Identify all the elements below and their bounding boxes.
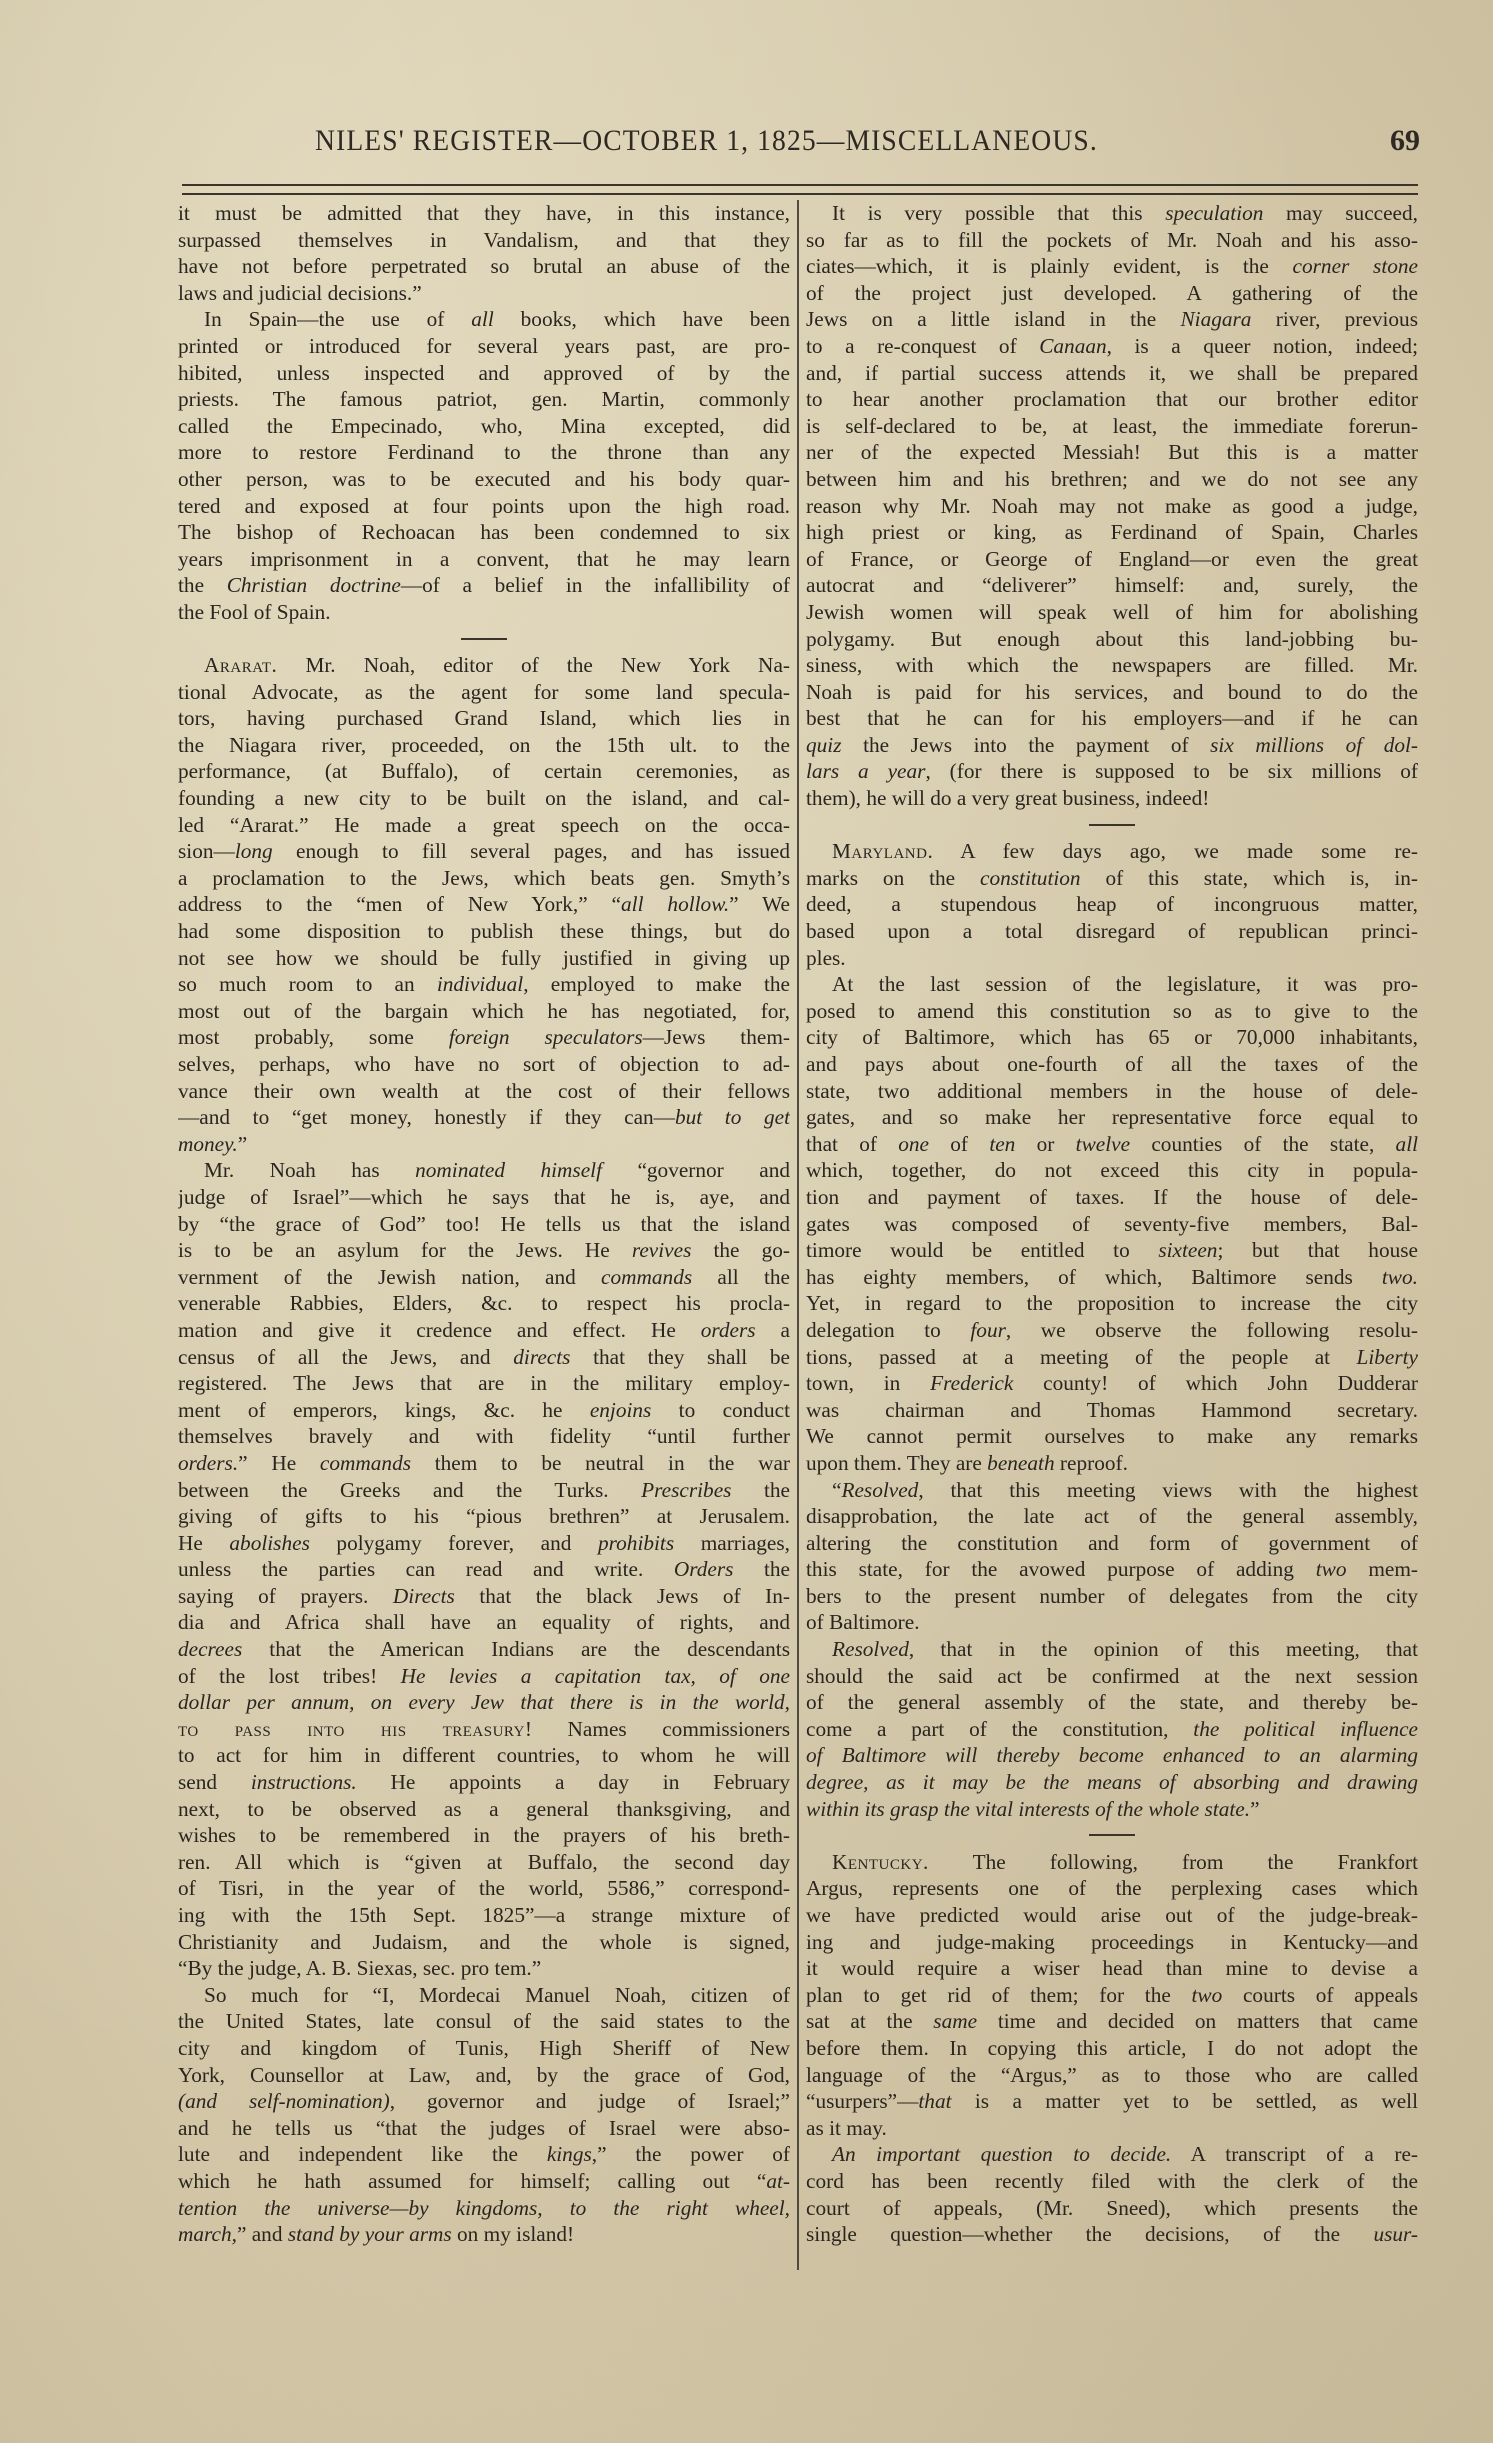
text-run: timore would be entitled to: [806, 1238, 1158, 1262]
text-run: that the black Jews of In-: [455, 1584, 790, 1608]
text-line: other person, was to be executed and his…: [178, 466, 790, 493]
text-run: —of a belief in the infallibility of: [401, 573, 790, 597]
italic-text: at-: [766, 2169, 790, 2193]
text-run: delegation to: [806, 1318, 970, 1342]
text-line: deed, a stupendous heap of incongruous m…: [806, 891, 1418, 918]
italic-text: Orders: [674, 1557, 734, 1581]
text-line: tention the universe—by kingdoms, to the…: [178, 2195, 790, 2222]
italic-text: An important question to decide.: [832, 2142, 1171, 2166]
text-run: based upon a total disregard of republic…: [806, 919, 1418, 943]
text-line: them), he will do a very great business,…: [806, 785, 1418, 812]
italic-text: prohibits: [598, 1531, 674, 1555]
text-run: city and kingdom of Tunis, High Sheriff …: [178, 2036, 790, 2060]
text-run: Noah is paid for his services, and bound…: [806, 680, 1418, 704]
text-line: quiz the Jews into the payment of six mi…: [806, 732, 1418, 759]
text-run: vance their own wealth at the cost of th…: [178, 1079, 790, 1103]
italic-text: six millions of dol-: [1210, 733, 1418, 757]
article-separator-rule: [178, 626, 790, 653]
text-run: cord has been recently filed with the cl…: [806, 2169, 1418, 2193]
text-run: of Baltimore.: [806, 1610, 920, 1634]
text-line: Noah is paid for his services, and bound…: [806, 679, 1418, 706]
text-line: language of the “Argus,” as to those who…: [806, 2062, 1418, 2089]
text-run: that of: [806, 1132, 898, 1156]
text-run: counties of the state,: [1130, 1132, 1395, 1156]
text-line: tered and exposed at four points upon th…: [178, 493, 790, 520]
text-line: ples.: [806, 945, 1418, 972]
text-run: bers to the present number of delegates …: [806, 1584, 1418, 1608]
text-run: the: [733, 1557, 790, 1581]
text-run: sat at the: [806, 2009, 933, 2033]
text-run: state, two additional members in the hou…: [806, 1079, 1418, 1103]
text-line: dia and Africa shall have an equality of…: [178, 1609, 790, 1636]
text-run: ; but that house: [1217, 1238, 1418, 1262]
text-line: Argus, represents one of the perplexing …: [806, 1875, 1418, 1902]
text-run: of the general assembly of the state, an…: [806, 1690, 1418, 1714]
text-line: polygamy. But enough about this land-job…: [806, 626, 1418, 653]
text-run: The bishop of Rechoacan has been condemn…: [178, 520, 790, 544]
text-run: reason why Mr. Noah may not make as good…: [806, 494, 1418, 518]
text-line: send instructions. He appoints a day in …: [178, 1769, 790, 1796]
text-line: called the Empecinado, who, Mina excepte…: [178, 413, 790, 440]
text-line: He abolishes polygamy forever, and prohi…: [178, 1530, 790, 1557]
italic-text: foreign speculators: [449, 1025, 643, 1049]
text-run: on my island!: [452, 2222, 574, 2246]
text-run: it would require a wiser head than mine …: [806, 1956, 1418, 1980]
text-run: between the Greeks and the Turks.: [178, 1478, 641, 1502]
text-line: as it may.: [806, 2115, 1418, 2142]
text-run: and he tells us “that the judges of Isra…: [178, 2116, 790, 2140]
italic-text: quiz: [806, 733, 842, 757]
text-run: the Jews into the payment of: [842, 733, 1211, 757]
text-run: of: [929, 1132, 989, 1156]
text-line: and pays about one-fourth of all the tax…: [806, 1051, 1418, 1078]
italic-text: Directs: [393, 1584, 455, 1608]
text-line: to act for him in different countries, t…: [178, 1742, 790, 1769]
text-line: giving of gifts to his “pious brethren” …: [178, 1503, 790, 1530]
text-line: have not before perpetrated so brutal an…: [178, 253, 790, 280]
text-run: tional Advocate, as the agent for some l…: [178, 680, 790, 704]
text-run: ciates—which, it is plainly evident, is …: [806, 254, 1293, 278]
text-line: At the last session of the legislature, …: [806, 971, 1418, 998]
text-run: we have predicted would arise out of the…: [806, 1903, 1418, 1927]
text-run: books, which have been: [494, 307, 790, 331]
text-run: Mr. Noah, editor of the New York Na-: [277, 653, 790, 677]
text-run: The following, from the Frankfort: [929, 1850, 1418, 1874]
text-run: should the said act be confirmed at the …: [806, 1664, 1418, 1688]
text-run: polygamy forever, and: [310, 1531, 598, 1555]
text-line: more to restore Ferdinand to the throne …: [178, 439, 790, 466]
text-run: has eighty members, of which, Baltimore …: [806, 1265, 1382, 1289]
text-run: the United States, late consul of the sa…: [178, 2009, 790, 2033]
text-run: In Spain—the use of: [204, 307, 471, 331]
text-line: it would require a wiser head than mine …: [806, 1955, 1418, 1982]
text-run: was chairman and Thomas Hammond secretar…: [806, 1398, 1418, 1422]
text-run: between him and his brethren; and we do …: [806, 467, 1418, 491]
text-line: tion and payment of taxes. If the house …: [806, 1184, 1418, 1211]
text-line: a proclamation to the Jews, which beats …: [178, 865, 790, 892]
italic-text: same: [933, 2009, 977, 2033]
text-line: Christianity and Judaism, and the whole …: [178, 1929, 790, 1956]
text-line: We cannot permit ourselves to make any r…: [806, 1423, 1418, 1450]
text-line: mation and give it credence and effect. …: [178, 1317, 790, 1344]
text-run: Mr. Noah has: [204, 1158, 415, 1182]
text-run: —Jews them-: [643, 1025, 790, 1049]
text-run: ples.: [806, 946, 846, 970]
text-line: was chairman and Thomas Hammond secretar…: [806, 1397, 1418, 1424]
text-line: —and to “get money, honestly if they can…: [178, 1104, 790, 1131]
text-line: siness, with which the newspapers are fi…: [806, 652, 1418, 679]
text-line: next, to be observed as a general thanks…: [178, 1796, 790, 1823]
text-run: time and decided on matters that came: [977, 2009, 1418, 2033]
text-run: years imprisonment in a convent, that he…: [178, 547, 790, 571]
text-run: had some disposition to publish these th…: [178, 919, 790, 943]
text-run: county! of which John Dudderar: [1013, 1371, 1418, 1395]
text-line: ciates—which, it is plainly evident, is …: [806, 253, 1418, 280]
text-line: priests. The famous patriot, gen. Martin…: [178, 386, 790, 413]
text-line: so far as to fill the pockets of Mr. Noa…: [806, 227, 1418, 254]
text-run: themselves bravely and with fidelity “un…: [178, 1424, 790, 1448]
text-run: led “Ararat.” He made a great speech on …: [178, 813, 790, 837]
text-line: upon them. They are beneath reproof.: [806, 1450, 1418, 1477]
text-run: language of the “Argus,” as to those who…: [806, 2063, 1418, 2087]
italic-text: all hollow.: [621, 892, 729, 916]
text-line: In Spain—the use of all books, which hav…: [178, 306, 790, 333]
text-line: reason why Mr. Noah may not make as good…: [806, 493, 1418, 520]
text-run: vernment of the Jewish nation, and: [178, 1265, 601, 1289]
text-line: founding a new city to be built on the i…: [178, 785, 790, 812]
text-line: march,” and stand by your arms on my isl…: [178, 2221, 790, 2248]
italic-text: (and self-nomination): [178, 2089, 390, 2113]
text-line: court of appeals, (Mr. Sneed), which pre…: [806, 2195, 1418, 2222]
text-line: of France, or George of England—or even …: [806, 546, 1418, 573]
text-run: which he hath assumed for himself; calli…: [178, 2169, 766, 2193]
text-line: single question—whether the decisions, o…: [806, 2221, 1418, 2248]
text-line: hibited, unless inspected and approved o…: [178, 360, 790, 387]
text-run: autocrat and “deliverer” himself: and, s…: [806, 573, 1418, 597]
text-run: courts of appeals: [1222, 1983, 1418, 2007]
text-line: and he tells us “that the judges of Isra…: [178, 2115, 790, 2142]
italic-text: two: [1316, 1557, 1347, 1581]
text-run: that the American Indians are the descen…: [242, 1637, 790, 1661]
text-run: , governor and judge of Israel;”: [390, 2089, 790, 2113]
italic-text: Prescribes: [641, 1478, 731, 1502]
italic-text: all: [1396, 1132, 1418, 1156]
italic-text: two: [1192, 1983, 1223, 2007]
text-line: posed to amend this constitution so as t…: [806, 998, 1418, 1025]
text-line: selves, perhaps, who have no sort of obj…: [178, 1051, 790, 1078]
text-run: the go-: [691, 1238, 790, 1262]
text-run: siness, with which the newspapers are fi…: [806, 653, 1418, 677]
text-run: a proclamation to the Jews, which beats …: [178, 866, 790, 890]
text-line: ment of emperors, kings, &c. he enjoins …: [178, 1397, 790, 1424]
text-line: plan to get rid of them; for the two cou…: [806, 1982, 1418, 2009]
text-line: the Niagara river, proceeded, on the 15t…: [178, 732, 790, 759]
text-run: so far as to fill the pockets of Mr. Noa…: [806, 228, 1418, 252]
text-line: registered. The Jews that are in the mil…: [178, 1370, 790, 1397]
text-run: them to be neutral in the war: [411, 1451, 790, 1475]
italic-text: Liberty: [1356, 1345, 1418, 1369]
text-line: should the said act be confirmed at the …: [806, 1663, 1418, 1690]
text-run: to conduct: [651, 1398, 790, 1422]
italic-text: abolishes: [229, 1531, 309, 1555]
text-run: ! Names commissioners: [525, 1717, 790, 1741]
text-line: which he hath assumed for himself; calli…: [178, 2168, 790, 2195]
text-line: had some disposition to publish these th…: [178, 918, 790, 945]
italic-text: but to get: [675, 1105, 790, 1129]
text-run: posed to amend this constitution so as t…: [806, 999, 1418, 1023]
text-run: So much for “I, Mordecai Manuel Noah, ci…: [204, 1983, 790, 2007]
text-line: altering the constitution and form of go…: [806, 1530, 1418, 1557]
text-line: vance their own wealth at the cost of th…: [178, 1078, 790, 1105]
text-run: reproof.: [1055, 1451, 1128, 1475]
text-run: Jewish women will speak well of him for …: [806, 600, 1418, 624]
text-line: York, Counsellor at Law, and, by the gra…: [178, 2062, 790, 2089]
text-run: ner of the expected Messiah! But this is…: [806, 440, 1418, 464]
italic-text: Christian doctrine: [227, 573, 401, 597]
text-line: lute and independent like the kings,” th…: [178, 2141, 790, 2168]
text-run: send: [178, 1770, 251, 1794]
text-run: —and to “get money, honestly if they can…: [178, 1105, 675, 1129]
text-run: is a matter yet to be settled, as well: [952, 2089, 1418, 2113]
text-line: to pass into his treasury! Names commiss…: [178, 1716, 790, 1743]
text-run: more to restore Ferdinand to the throne …: [178, 440, 790, 464]
text-run: disapprobation, the late act of the gene…: [806, 1504, 1418, 1528]
text-line: Jews on a little island in the Niagara r…: [806, 306, 1418, 333]
text-run: selves, perhaps, who have no sort of obj…: [178, 1052, 790, 1076]
text-run: , (for there is supposed to be six milli…: [925, 759, 1418, 783]
text-run: “usurpers”—: [806, 2089, 918, 2113]
italic-text: one: [898, 1132, 929, 1156]
text-run: We cannot permit ourselves to make any r…: [806, 1424, 1418, 1448]
italic-text: march,: [178, 2222, 237, 2246]
text-run: to act for him in different countries, t…: [178, 1743, 790, 1767]
italic-text: Frederick: [930, 1371, 1013, 1395]
text-line: between the Greeks and the Turks. Prescr…: [178, 1477, 790, 1504]
text-line: so much room to an individual, employed …: [178, 971, 790, 998]
italic-text: lars a year: [806, 759, 925, 783]
text-run: the: [178, 573, 227, 597]
text-line: “Resolved, that this meeting views with …: [806, 1477, 1418, 1504]
text-run: is to be an asylum for the Jews. He: [178, 1238, 632, 1262]
text-run: all the: [692, 1265, 790, 1289]
text-run: ing with the 15th Sept. 1825”—a strange …: [178, 1903, 790, 1927]
italic-text: instructions.: [251, 1770, 357, 1794]
italic-text: corner stone: [1293, 254, 1418, 278]
text-run: address to the “men of New York,” “: [178, 892, 621, 916]
italic-text: orders: [701, 1318, 756, 1342]
italic-text: two.: [1382, 1265, 1418, 1289]
text-run: , is a queer notion, indeed;: [1107, 334, 1418, 358]
text-line: we have predicted would arise out of the…: [806, 1902, 1418, 1929]
text-run: ” and: [237, 2222, 288, 2246]
italic-text: commands: [601, 1265, 692, 1289]
text-run: the Fool of Spain.: [178, 600, 331, 624]
text-run: city of Baltimore, which has 65 or 70,00…: [806, 1025, 1418, 1049]
text-run: by “the grace of God” too! He tells us t…: [178, 1212, 790, 1236]
text-run: Christianity and Judaism, and the whole …: [178, 1930, 790, 1954]
text-run: ment of emperors, kings, &c. he: [178, 1398, 590, 1422]
text-run: performance, (at Buffalo), of certain ce…: [178, 759, 790, 783]
text-line: sat at the same time and decided on matt…: [806, 2008, 1418, 2035]
text-run: them), he will do a very great business,…: [806, 786, 1209, 810]
text-run: polygamy. But enough about this land-job…: [806, 627, 1418, 651]
text-line: within its grasp the vital interests of …: [806, 1796, 1418, 1823]
text-line: years imprisonment in a convent, that he…: [178, 546, 790, 573]
italic-text: of Baltimore will thereby become enhance…: [806, 1743, 1418, 1767]
text-line: vernment of the Jewish nation, and comma…: [178, 1264, 790, 1291]
text-run: sion—: [178, 839, 235, 863]
section-heading: to pass into his treasury: [178, 1717, 525, 1741]
text-line: gates was composed of seventy-five membe…: [806, 1211, 1418, 1238]
text-run: , we observe the following resolu-: [1006, 1318, 1418, 1342]
text-run: so much room to an: [178, 972, 437, 996]
text-line: gates, and so make her representative fo…: [806, 1104, 1418, 1131]
text-run: river, previous: [1251, 307, 1418, 331]
italic-text: ten: [989, 1132, 1015, 1156]
text-line: bers to the present number of delegates …: [806, 1583, 1418, 1610]
text-run: , employed to make the: [523, 972, 790, 996]
text-run: saying of prayers.: [178, 1584, 393, 1608]
italic-text: tention the universe—by kingdoms, to the…: [178, 2196, 790, 2220]
text-line: city of Baltimore, which has 65 or 70,00…: [806, 1024, 1418, 1051]
text-line: of the general assembly of the state, an…: [806, 1689, 1418, 1716]
text-line: best that he can for his employers—and i…: [806, 705, 1418, 732]
italic-text: four: [970, 1318, 1006, 1342]
text-run: of the project just developed. A gatheri…: [806, 281, 1418, 305]
text-line: printed or introduced for several years …: [178, 333, 790, 360]
italic-text: kings: [547, 2142, 592, 2166]
text-line: marks on the constitution of this state,…: [806, 865, 1418, 892]
italic-text: enjoins: [590, 1398, 652, 1422]
text-run: laws and judicial decisions.”: [178, 281, 422, 305]
text-line: not see how we should be fully justified…: [178, 945, 790, 972]
text-run: priests. The famous patriot, gen. Martin…: [178, 387, 790, 411]
text-line: of the project just developed. A gatheri…: [806, 280, 1418, 307]
text-line: by “the grace of God” too! He tells us t…: [178, 1211, 790, 1238]
right-column: It is very possible that this speculatio…: [806, 200, 1418, 2248]
text-run: dia and Africa shall have an equality of…: [178, 1610, 790, 1634]
text-line: census of all the Jews, and directs that…: [178, 1344, 790, 1371]
text-run: plan to get rid of them; for the: [806, 1983, 1192, 2007]
text-line: wishes to be remembered in the prayers o…: [178, 1822, 790, 1849]
text-line: most probably, some foreign speculators—…: [178, 1024, 790, 1051]
text-run: not see how we should be fully justified…: [178, 946, 790, 970]
text-line: surpassed themselves in Vandalism, and t…: [178, 227, 790, 254]
text-run: and pays about one-fourth of all the tax…: [806, 1052, 1418, 1076]
text-run: A transcript of a re-: [1171, 2142, 1418, 2166]
italic-text: usur-: [1373, 2222, 1418, 2246]
text-run: He appoints a day in February: [357, 1770, 790, 1794]
text-line: Ararat. Mr. Noah, editor of the New York…: [178, 652, 790, 679]
text-line: unless the parties can read and write. O…: [178, 1556, 790, 1583]
text-line: An important question to decide. A trans…: [806, 2141, 1418, 2168]
article-separator-rule: [806, 812, 1418, 839]
text-run: marks on the: [806, 866, 980, 890]
text-run: It is very possible that this: [832, 201, 1165, 225]
text-run: altering the constitution and form of go…: [806, 1531, 1418, 1555]
text-line: most out of the bargain which he has neg…: [178, 998, 790, 1025]
italic-text: He levies a capitation tax, of one: [401, 1664, 790, 1688]
text-run: mation and give it credence and effect. …: [178, 1318, 701, 1342]
text-line: between him and his brethren; and we do …: [806, 466, 1418, 493]
italic-text: dollar per annum, on every Jew that ther…: [178, 1690, 790, 1714]
text-run: have not before perpetrated so brutal an…: [178, 254, 790, 278]
italic-text: Niagara: [1180, 307, 1251, 331]
text-run: other person, was to be executed and his…: [178, 467, 790, 491]
italic-text: Canaan: [1039, 334, 1106, 358]
text-line: has eighty members, of which, Baltimore …: [806, 1264, 1418, 1291]
italic-text: speculation: [1165, 201, 1263, 225]
newspaper-page: NILES' REGISTER—OCTOBER 1, 1825—MISCELLA…: [0, 0, 1493, 2443]
text-line: lars a year, (for there is supposed to b…: [806, 758, 1418, 785]
italic-text: directs: [513, 1345, 570, 1369]
text-line: decrees that the American Indians are th…: [178, 1636, 790, 1663]
article-separator-rule: [806, 1822, 1418, 1849]
text-line: Maryland. A few days ago, we made some r…: [806, 838, 1418, 865]
text-run: giving of gifts to his “pious brethren” …: [178, 1504, 790, 1528]
text-run: ”: [1250, 1797, 1259, 1821]
text-run: “By the judge, A. B. Siexas, sec. pro te…: [178, 1956, 541, 1980]
text-line: Kentucky. The following, from the Frankf…: [806, 1849, 1418, 1876]
italic-text: money.: [178, 1132, 238, 1156]
text-run: mem-: [1347, 1557, 1418, 1581]
text-line: to a re-conquest of Canaan, is a queer n…: [806, 333, 1418, 360]
italic-text: long: [235, 839, 273, 863]
text-line: the Christian doctrine—of a belief in th…: [178, 572, 790, 599]
text-run: as it may.: [806, 2116, 887, 2140]
text-line: which, together, do not exceed this city…: [806, 1157, 1418, 1184]
text-line: saying of prayers. Directs that the blac…: [178, 1583, 790, 1610]
text-run: hibited, unless inspected and approved o…: [178, 361, 790, 385]
text-run: A few days ago, we made some re-: [933, 839, 1418, 863]
text-run: ren. All which is “given at Buffalo, the…: [178, 1850, 790, 1874]
text-line: of Baltimore.: [806, 1609, 1418, 1636]
text-line: The bishop of Rechoacan has been condemn…: [178, 519, 790, 546]
text-run: deed, a stupendous heap of incongruous m…: [806, 892, 1418, 916]
text-line: town, in Frederick county! of which John…: [806, 1370, 1418, 1397]
text-line: Yet, in regard to the proposition to inc…: [806, 1290, 1418, 1317]
text-run: registered. The Jews that are in the mil…: [178, 1371, 790, 1395]
text-line: before them. In copying this article, I …: [806, 2035, 1418, 2062]
italic-text: that: [918, 2089, 951, 2113]
text-line: to hear another proclamation that our br…: [806, 386, 1418, 413]
text-run: ,” the power of: [592, 2142, 790, 2166]
text-run: the Niagara river, proceeded, on the 15t…: [178, 733, 790, 757]
text-run: may succeed,: [1263, 201, 1418, 225]
text-run: , that in the opinion of this meeting, t…: [909, 1637, 1418, 1661]
text-run: of the lost tribes!: [178, 1664, 401, 1688]
text-run: of Tisri, in the year of the world, 5586…: [178, 1876, 790, 1900]
text-run: wishes to be remembered in the prayers o…: [178, 1823, 790, 1847]
text-line: address to the “men of New York,” “all h…: [178, 891, 790, 918]
text-run: or: [1015, 1132, 1075, 1156]
text-line: themselves bravely and with fidelity “un…: [178, 1423, 790, 1450]
text-line: money.”: [178, 1131, 790, 1158]
text-line: laws and judicial decisions.”: [178, 280, 790, 307]
italic-text: Resolved: [841, 1478, 918, 1502]
text-line: come a part of the constitution, the pol…: [806, 1716, 1418, 1743]
text-run: surpassed themselves in Vandalism, and t…: [178, 228, 790, 252]
text-line: of Tisri, in the year of the world, 5586…: [178, 1875, 790, 1902]
text-line: (and self-nomination), governor and judg…: [178, 2088, 790, 2115]
text-run: ing and judge-making proceedings in Kent…: [806, 1930, 1418, 1954]
text-run: town, in: [806, 1371, 930, 1395]
text-run: most out of the bargain which he has neg…: [178, 999, 790, 1023]
text-run: a: [756, 1318, 790, 1342]
text-line: Mr. Noah has nominated himself “governor…: [178, 1157, 790, 1184]
text-line: cord has been recently filed with the cl…: [806, 2168, 1418, 2195]
text-run: it must be admitted that they have, in t…: [178, 201, 790, 225]
